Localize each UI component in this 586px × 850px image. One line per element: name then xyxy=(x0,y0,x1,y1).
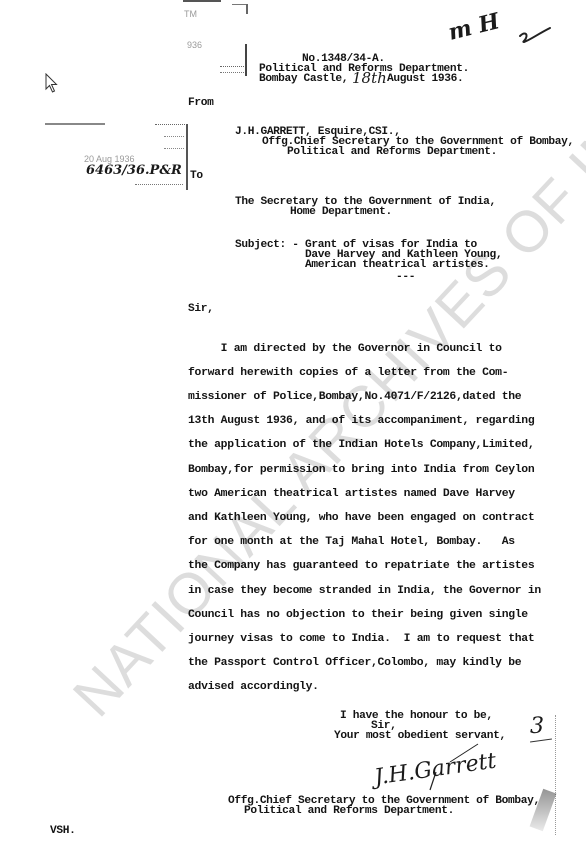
subject-line: American theatrical artistes. xyxy=(305,260,490,270)
stamp-number: 6463/36.P&R xyxy=(86,163,182,178)
body-line: Bombay,for permission to bring into Indi… xyxy=(188,464,534,476)
stamp-line xyxy=(45,123,105,125)
stamp-text: 936 xyxy=(187,40,202,50)
body-line: in case they become stranded in India, t… xyxy=(188,585,541,597)
recipient-department: Home Department. xyxy=(290,207,392,217)
body-line: the Passport Control Officer,Colombo, ma… xyxy=(188,657,521,669)
body-line: 13th August 1936, and of its accompanime… xyxy=(188,415,534,427)
header-place: Bombay Castle, xyxy=(259,74,348,84)
body-line: two American theatrical artistes named D… xyxy=(188,488,515,500)
stamp-line xyxy=(220,72,244,73)
handwritten-date-day: 18th xyxy=(352,69,387,87)
stamp-line xyxy=(245,44,247,76)
body-line: and Kathleen Young, who have been engage… xyxy=(188,512,534,524)
page-edge xyxy=(555,715,557,835)
stamp-line xyxy=(164,148,184,149)
stamp-line xyxy=(186,124,188,190)
subject-label: Subject: - xyxy=(235,240,299,250)
body-line: missioner of Police,Bombay,No.4071/F/212… xyxy=(188,391,521,403)
from-label: From xyxy=(188,98,213,108)
header-date: August 1936. xyxy=(387,74,463,84)
handwritten-mark xyxy=(530,738,552,742)
typist-initials: VSH. xyxy=(50,826,75,836)
closing-line: Your most obedient servant, xyxy=(334,731,506,741)
stamp-text: TM xyxy=(184,9,197,19)
closing-line: I have the honour to be, xyxy=(340,711,493,721)
body-line: forward herewith copies of a letter from… xyxy=(188,367,508,379)
body-line: advised accordingly. xyxy=(188,681,319,693)
body-line: the application of the Indian Hotels Com… xyxy=(188,439,534,451)
to-label: To xyxy=(190,171,203,181)
stamp-line xyxy=(164,136,184,137)
body-line: the Company has guaranteed to repatriate… xyxy=(188,560,534,572)
body-line: for one month at the Taj Mahal Hotel, Bo… xyxy=(188,536,515,548)
signature-stroke-icon xyxy=(390,742,480,792)
stamp-line xyxy=(220,66,244,67)
stamp-line xyxy=(232,4,246,5)
handwritten-initials: m H xyxy=(446,8,502,46)
salutation: Sir, xyxy=(188,304,213,314)
handwritten-page-mark-icon xyxy=(518,24,552,46)
mouse-cursor-icon xyxy=(45,73,59,93)
stamp-line xyxy=(135,184,183,185)
stamp-line xyxy=(246,4,248,14)
stamp-line xyxy=(155,124,185,125)
body-line: journey visas to come to India. I am to … xyxy=(188,633,534,645)
body-line: Council has no objection to their being … xyxy=(188,609,528,621)
handwritten-side-number: 3 xyxy=(530,714,544,739)
signatory-department: Political and Reforms Department. xyxy=(244,806,454,816)
stamp-line xyxy=(183,0,221,2)
subject-rule: --- xyxy=(396,272,415,282)
body-line: I am directed by the Governor in Council… xyxy=(188,343,502,355)
sender-department: Political and Reforms Department. xyxy=(287,147,497,157)
